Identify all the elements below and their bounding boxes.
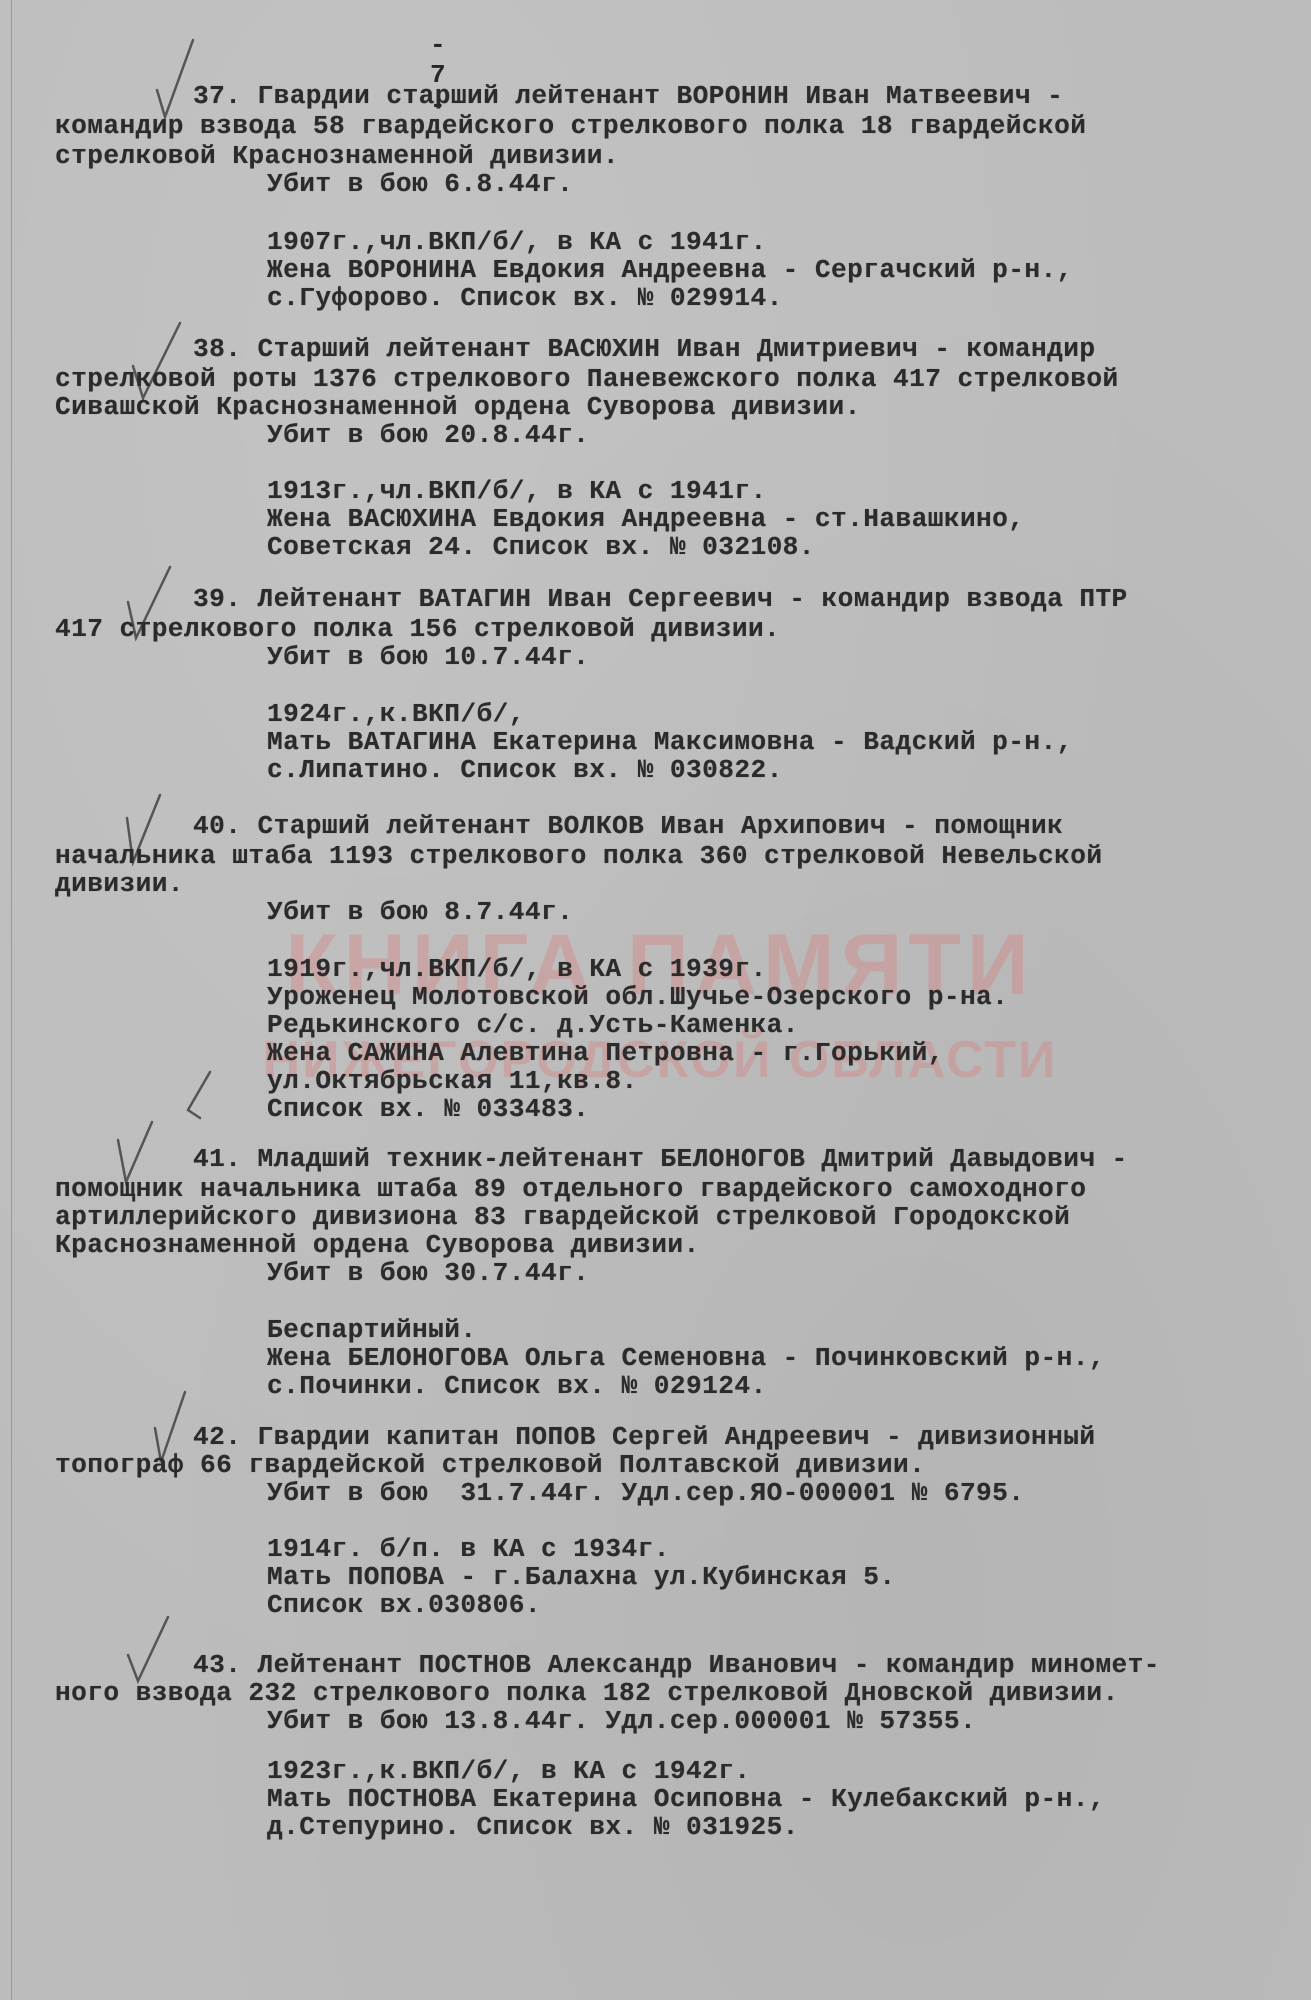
entry-42-list: Список вх.030806. — [267, 1591, 541, 1619]
entry-43-address: д.Степурино. Список вх. № 031925. — [267, 1813, 799, 1841]
entry-38-relative: Жена ВАСЮХИНА Евдокия Андреевна - ст.Нав… — [267, 505, 1024, 533]
entry-40-list: Список вх. № 033483. — [267, 1095, 589, 1123]
entry-43-line-2: ного взвода 232 стрелкового полка 182 ст… — [55, 1679, 1119, 1707]
entry-37-killed: Убит в бою 6.8.44г. — [267, 170, 573, 198]
entry-39-killed: Убит в бою 10.7.44г. — [267, 643, 589, 671]
entry-37-address: с.Гуфорово. Список вх. № 029914. — [267, 284, 783, 312]
entry-43-line-1: 43. Лейтенант ПОСТНОВ Александр Иванович… — [193, 1651, 1160, 1679]
entry-39-line-2: 417 стрелкового полка 156 стрелковой див… — [55, 615, 780, 643]
document-page: КНИГА ПАМЯТИ НИЖЕГОРОДСКОЙ ОБЛАСТИ - 7 -… — [0, 0, 1311, 2000]
entry-42-line-1: 42. Гвардии капитан ПОПОВ Сергей Андреев… — [193, 1423, 1095, 1451]
entry-40-relative: Жена САЖИНА Алевтина Петровна - г.Горьки… — [267, 1039, 944, 1067]
entry-39-address: с.Липатино. Список вх. № 030822. — [267, 756, 783, 784]
entry-41-line-4: Краснознаменной ордена Суворова дивизии. — [55, 1231, 700, 1259]
entry-39-bio: 1924г.,к.ВКП/б/, — [267, 700, 525, 728]
entry-37-line-3: стрелковой Краснознаменной дивизии. — [55, 142, 619, 170]
entry-38-line-1: 38. Старший лейтенант ВАСЮХИН Иван Дмитр… — [193, 335, 1095, 363]
entry-41-line-1: 41. Младший техник-лейтенант БЕЛОНОГОВ Д… — [193, 1145, 1128, 1173]
entry-37-line-2: командир взвода 58 гвардейского стрелков… — [55, 112, 1086, 140]
entry-42-bio: 1914г. б/п. в КА с 1934г. — [267, 1535, 670, 1563]
entry-39-relative: Мать ВАТАГИНА Екатерина Максимовна - Вад… — [267, 728, 1073, 756]
entry-40-line-1: 40. Старший лейтенант ВОЛКОВ Иван Архипо… — [193, 812, 1063, 840]
entry-40-village: Редькинского с/с. д.Усть-Каменка. — [267, 1011, 799, 1039]
entry-37-relative: Жена ВОРОНИНА Евдокия Андреевна - Сергач… — [267, 256, 1073, 284]
entry-37-bio: 1907г.,чл.ВКП/б/, в КА с 1941г. — [267, 228, 767, 256]
entry-38-killed: Убит в бою 20.8.44г. — [267, 421, 589, 449]
entry-41-address: с.Починки. Список вх. № 029124. — [267, 1372, 767, 1400]
entry-40-birthplace: Уроженец Молотовской обл.Шучье-Озерского… — [267, 983, 1008, 1011]
entry-42-relative: Мать ПОПОВА - г.Балахна ул.Кубинская 5. — [267, 1563, 896, 1591]
entry-41-party: Беспартийный. — [267, 1316, 477, 1344]
entry-42-line-2: топограф 66 гвардейской стрелковой Полта… — [55, 1451, 925, 1479]
entry-43-bio: 1923г.,к.ВКП/б/, в КА с 1942г. — [267, 1757, 750, 1785]
entry-41-killed: Убит в бою 30.7.44г. — [267, 1259, 589, 1287]
page-edge-line — [11, 0, 12, 2000]
entry-38-bio: 1913г.,чл.ВКП/б/, в КА с 1941г. — [267, 477, 767, 505]
entry-41-line-3: артиллерийского дивизиона 83 гвардейской… — [55, 1203, 1070, 1231]
entry-43-relative: Мать ПОСТНОВА Екатерина Осиповна - Кулеб… — [267, 1785, 1105, 1813]
entry-42-killed: Убит в бою 31.7.44г. Удл.сер.ЯО-000001 №… — [267, 1479, 1024, 1507]
entry-43-killed: Убит в бою 13.8.44г. Удл.сер.000001 № 57… — [267, 1707, 976, 1735]
entry-40-bio: 1919г.,чл.ВКП/б/, в КА с 1939г. — [267, 955, 767, 983]
entry-40-line-2: начальника штаба 1193 стрелкового полка … — [55, 842, 1102, 870]
entry-40-address: ул.Октябрьская 11,кв.8. — [267, 1067, 638, 1095]
entry-38-line-3: Сивашской Краснознаменной ордена Суворов… — [55, 393, 861, 421]
entry-37-line-1: 37. Гвардии старший лейтенант ВОРОНИН Ив… — [193, 82, 1063, 110]
entry-38-address: Советская 24. Список вх. № 032108. — [267, 533, 815, 561]
entry-40-line-3: дивизии. — [55, 870, 184, 898]
pencil-mark-icon — [180, 1070, 220, 1120]
entry-39-line-1: 39. Лейтенант ВАТАГИН Иван Сергеевич - к… — [193, 585, 1128, 613]
entry-41-line-2: помощник начальника штаба 89 отдельного … — [55, 1175, 1086, 1203]
entry-40-killed: Убит в бою 8.7.44г. — [267, 898, 573, 926]
entry-41-relative: Жена БЕЛОНОГОВА Ольга Семеновна - Починк… — [267, 1344, 1105, 1372]
entry-38-line-2: стрелковой роты 1376 стрелкового Паневеж… — [55, 365, 1119, 393]
